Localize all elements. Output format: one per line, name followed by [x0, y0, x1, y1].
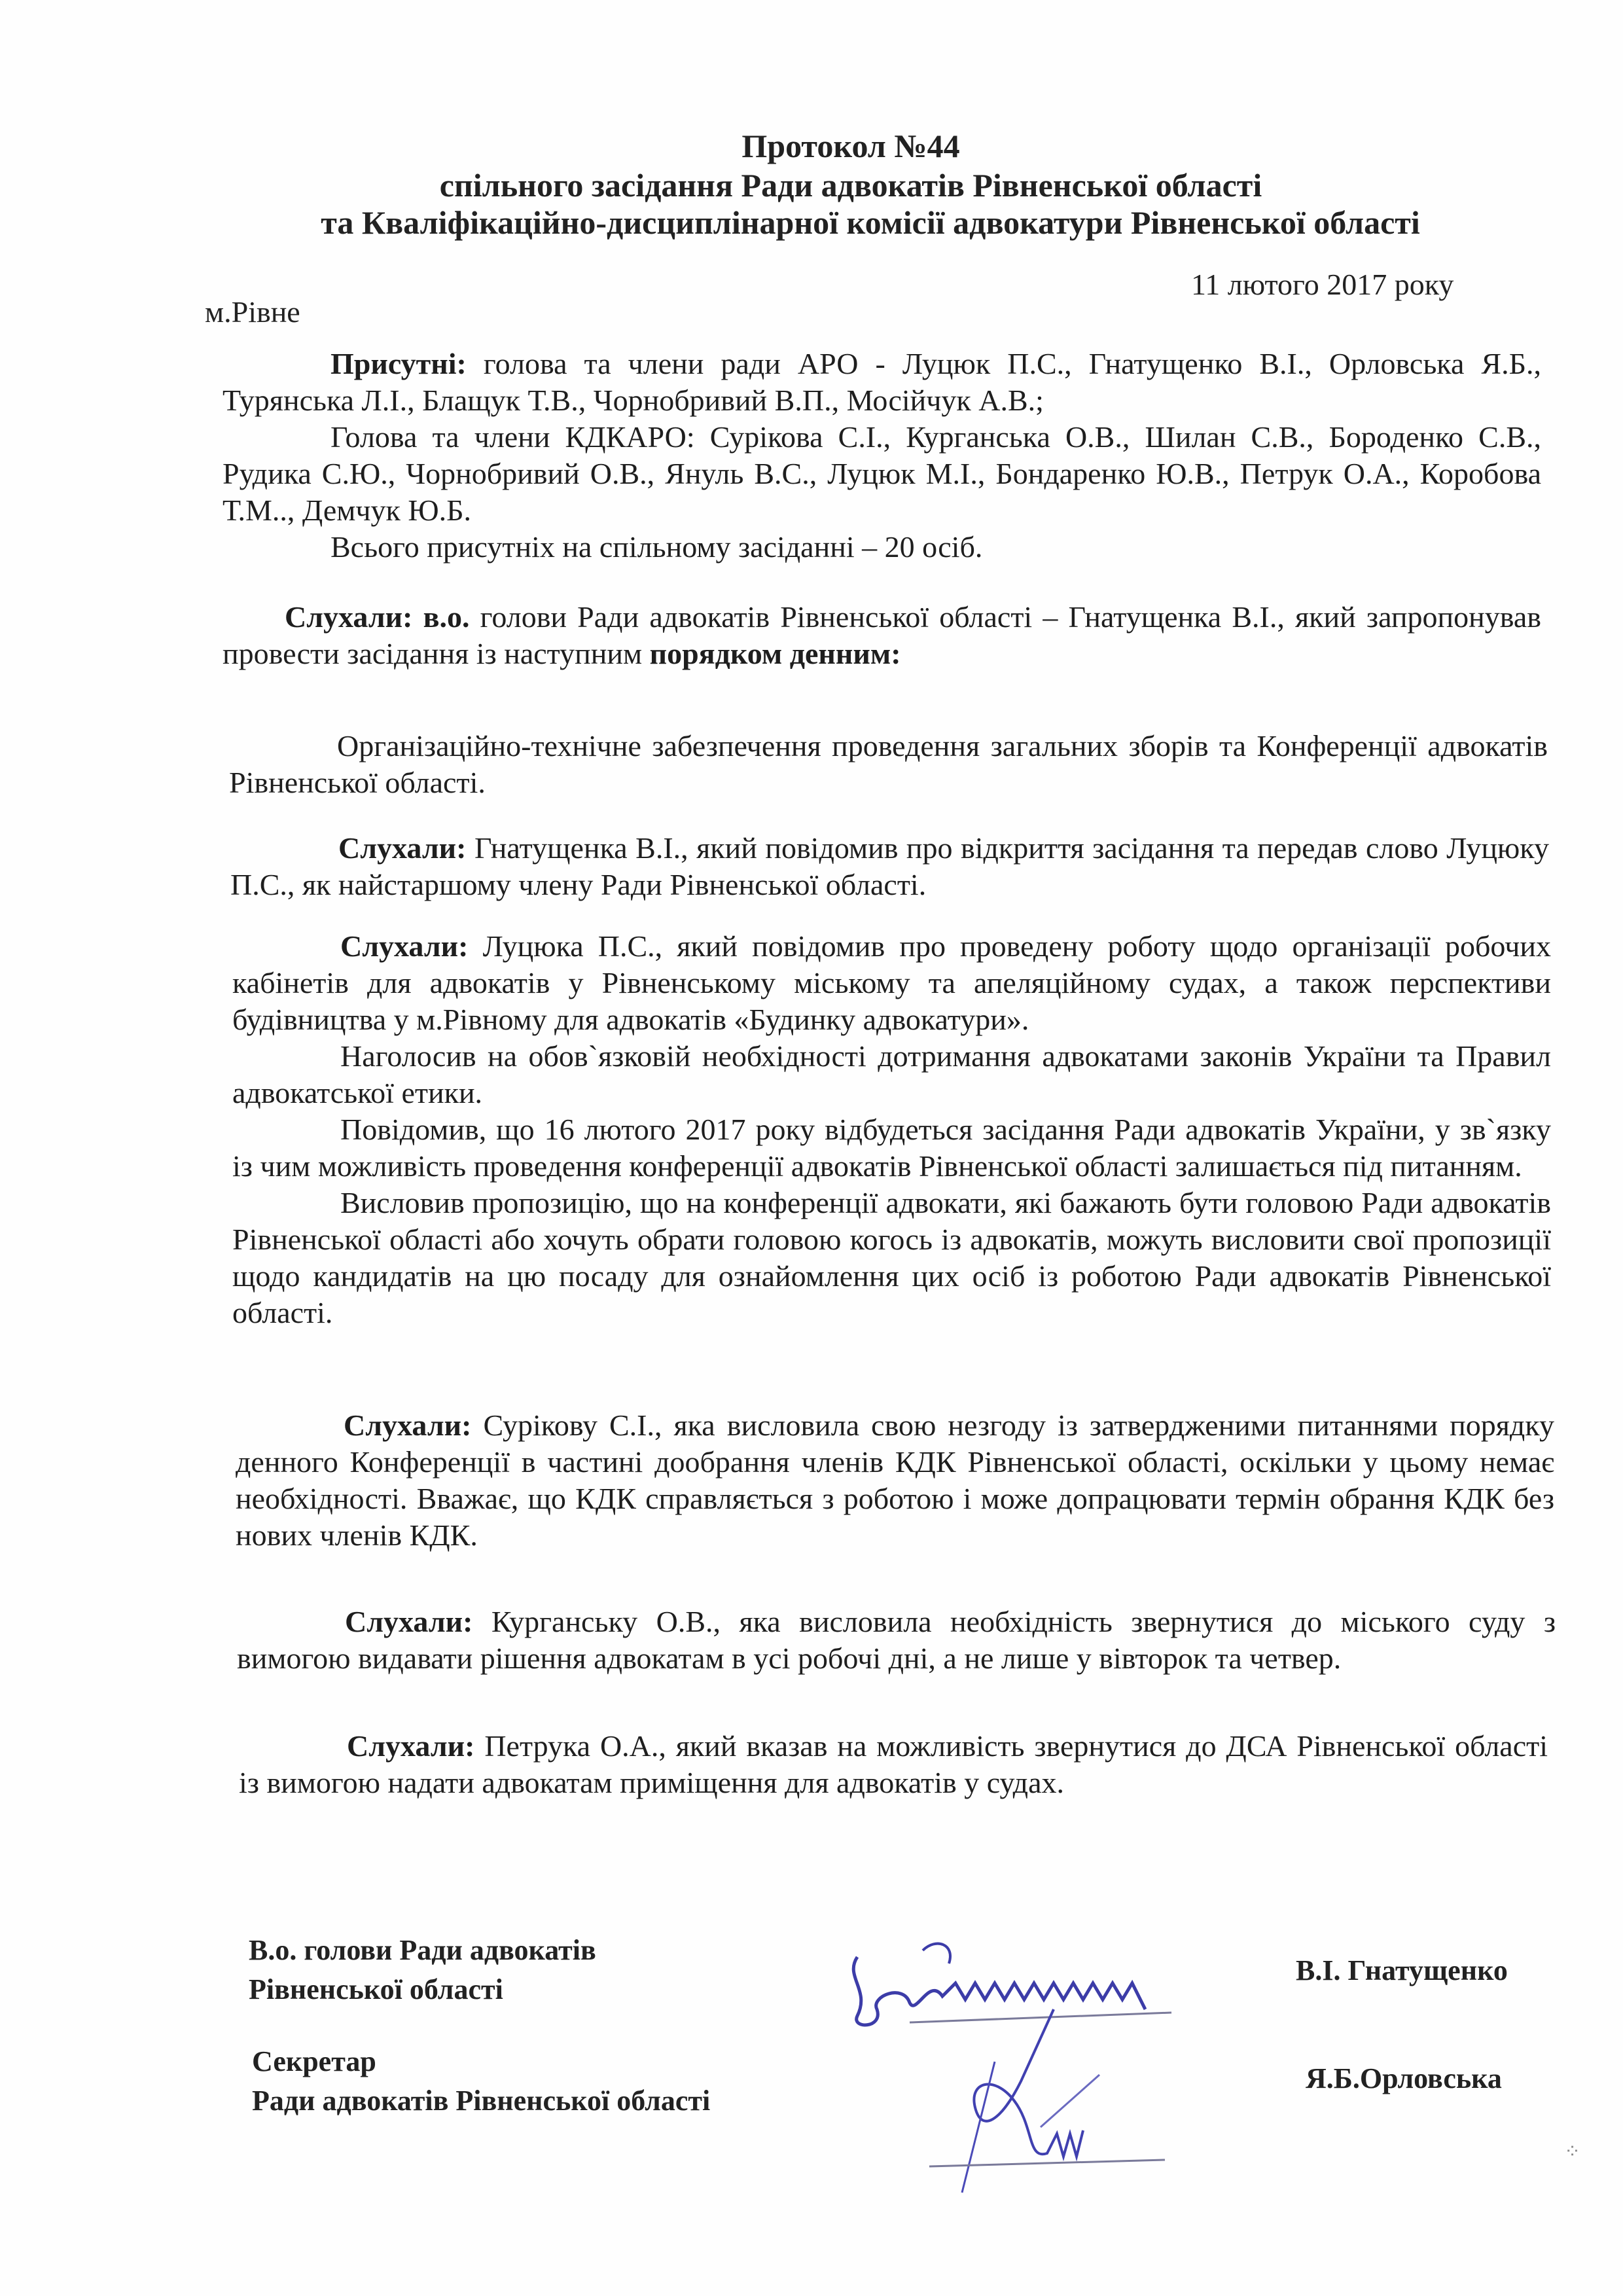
paragraph: Наголосив на обов`язковій необхідності д… — [232, 1038, 1551, 1111]
heard-label: Слухали: — [344, 1408, 471, 1442]
protocol-subtitle-1: спільного засідання Ради адвокатів Рівне… — [196, 167, 1505, 204]
protocol-title: Протокол №44 — [196, 128, 1505, 164]
secretary-signature-label: Секретар Ради адвокатів Рівненської обла… — [252, 2042, 710, 2121]
acting-prefix: в.о. — [412, 600, 469, 634]
heard-label: Слухали: — [285, 600, 412, 634]
protocol-city: м.Рівне — [205, 295, 300, 329]
paragraph: Повідомив, що 16 лютого 2017 року відбуд… — [232, 1111, 1551, 1185]
document-page: Протокол №44 спільного засідання Ради ад… — [0, 0, 1623, 2296]
secretary-signature-icon — [903, 2003, 1230, 2199]
heard-label: Слухали: — [340, 929, 468, 963]
agenda-item: Організаційно-технічне забезпечення пров… — [229, 728, 1548, 801]
heard-section-4: Слухали: Сурікову С.І., яка висловила св… — [236, 1407, 1554, 1554]
scan-artifact: ⁘ — [1564, 2140, 1580, 2163]
council-attendees: Присутні: голова та члени ради АРО - Луц… — [223, 346, 1541, 419]
chair-signature-label: В.о. голови Ради адвокатів Рівненської о… — [249, 1931, 596, 2009]
agenda-text: Організаційно-технічне забезпечення пров… — [229, 728, 1548, 801]
protocol-date: 11 лютого 2017 року — [1191, 267, 1454, 302]
secretary-name: Я.Б.Орловська — [1306, 2062, 1502, 2095]
attendees-total: Всього присутніх на спільному засіданні … — [223, 529, 1541, 565]
heard-section-2: Слухали: Гнатущенка В.І., який повідомив… — [230, 830, 1549, 903]
present-label: Присутні: — [330, 347, 467, 380]
commission-attendees: Голова та члени КДКАРО: Сурікова С.І., К… — [223, 419, 1541, 529]
secretary-title-line1: Секретар — [252, 2042, 710, 2081]
agenda-label: порядком денним: — [650, 637, 901, 670]
chair-title-line2: Рівненської області — [249, 1970, 596, 2009]
heard-section-6: Слухали: Петрука О.А., який вказав на мо… — [239, 1728, 1548, 1801]
heard-section-3: Слухали: Луцюка П.С., який повідомив про… — [232, 928, 1551, 1331]
protocol-subtitle-2: та Кваліфікаційно-дисциплінарної комісії… — [216, 204, 1525, 241]
heard-section-1: Слухали: в.о. голови Ради адвокатів Рівн… — [223, 599, 1541, 672]
paragraph: Висловив пропозицію, що на конференції а… — [232, 1185, 1551, 1331]
heard-label: Слухали: — [347, 1729, 474, 1763]
attendees-section: Присутні: голова та члени ради АРО - Луц… — [223, 346, 1541, 565]
secretary-title-line2: Ради адвокатів Рівненської області — [252, 2081, 710, 2121]
chair-title-line1: В.о. голови Ради адвокатів — [249, 1931, 596, 1970]
chair-name: В.І. Гнатущенко — [1296, 1954, 1508, 1987]
heard-label: Слухали: — [338, 831, 466, 865]
heard-section-5: Слухали: Курганську О.В., яка висловила … — [237, 1604, 1556, 1677]
heard-label: Слухали: — [345, 1605, 473, 1638]
